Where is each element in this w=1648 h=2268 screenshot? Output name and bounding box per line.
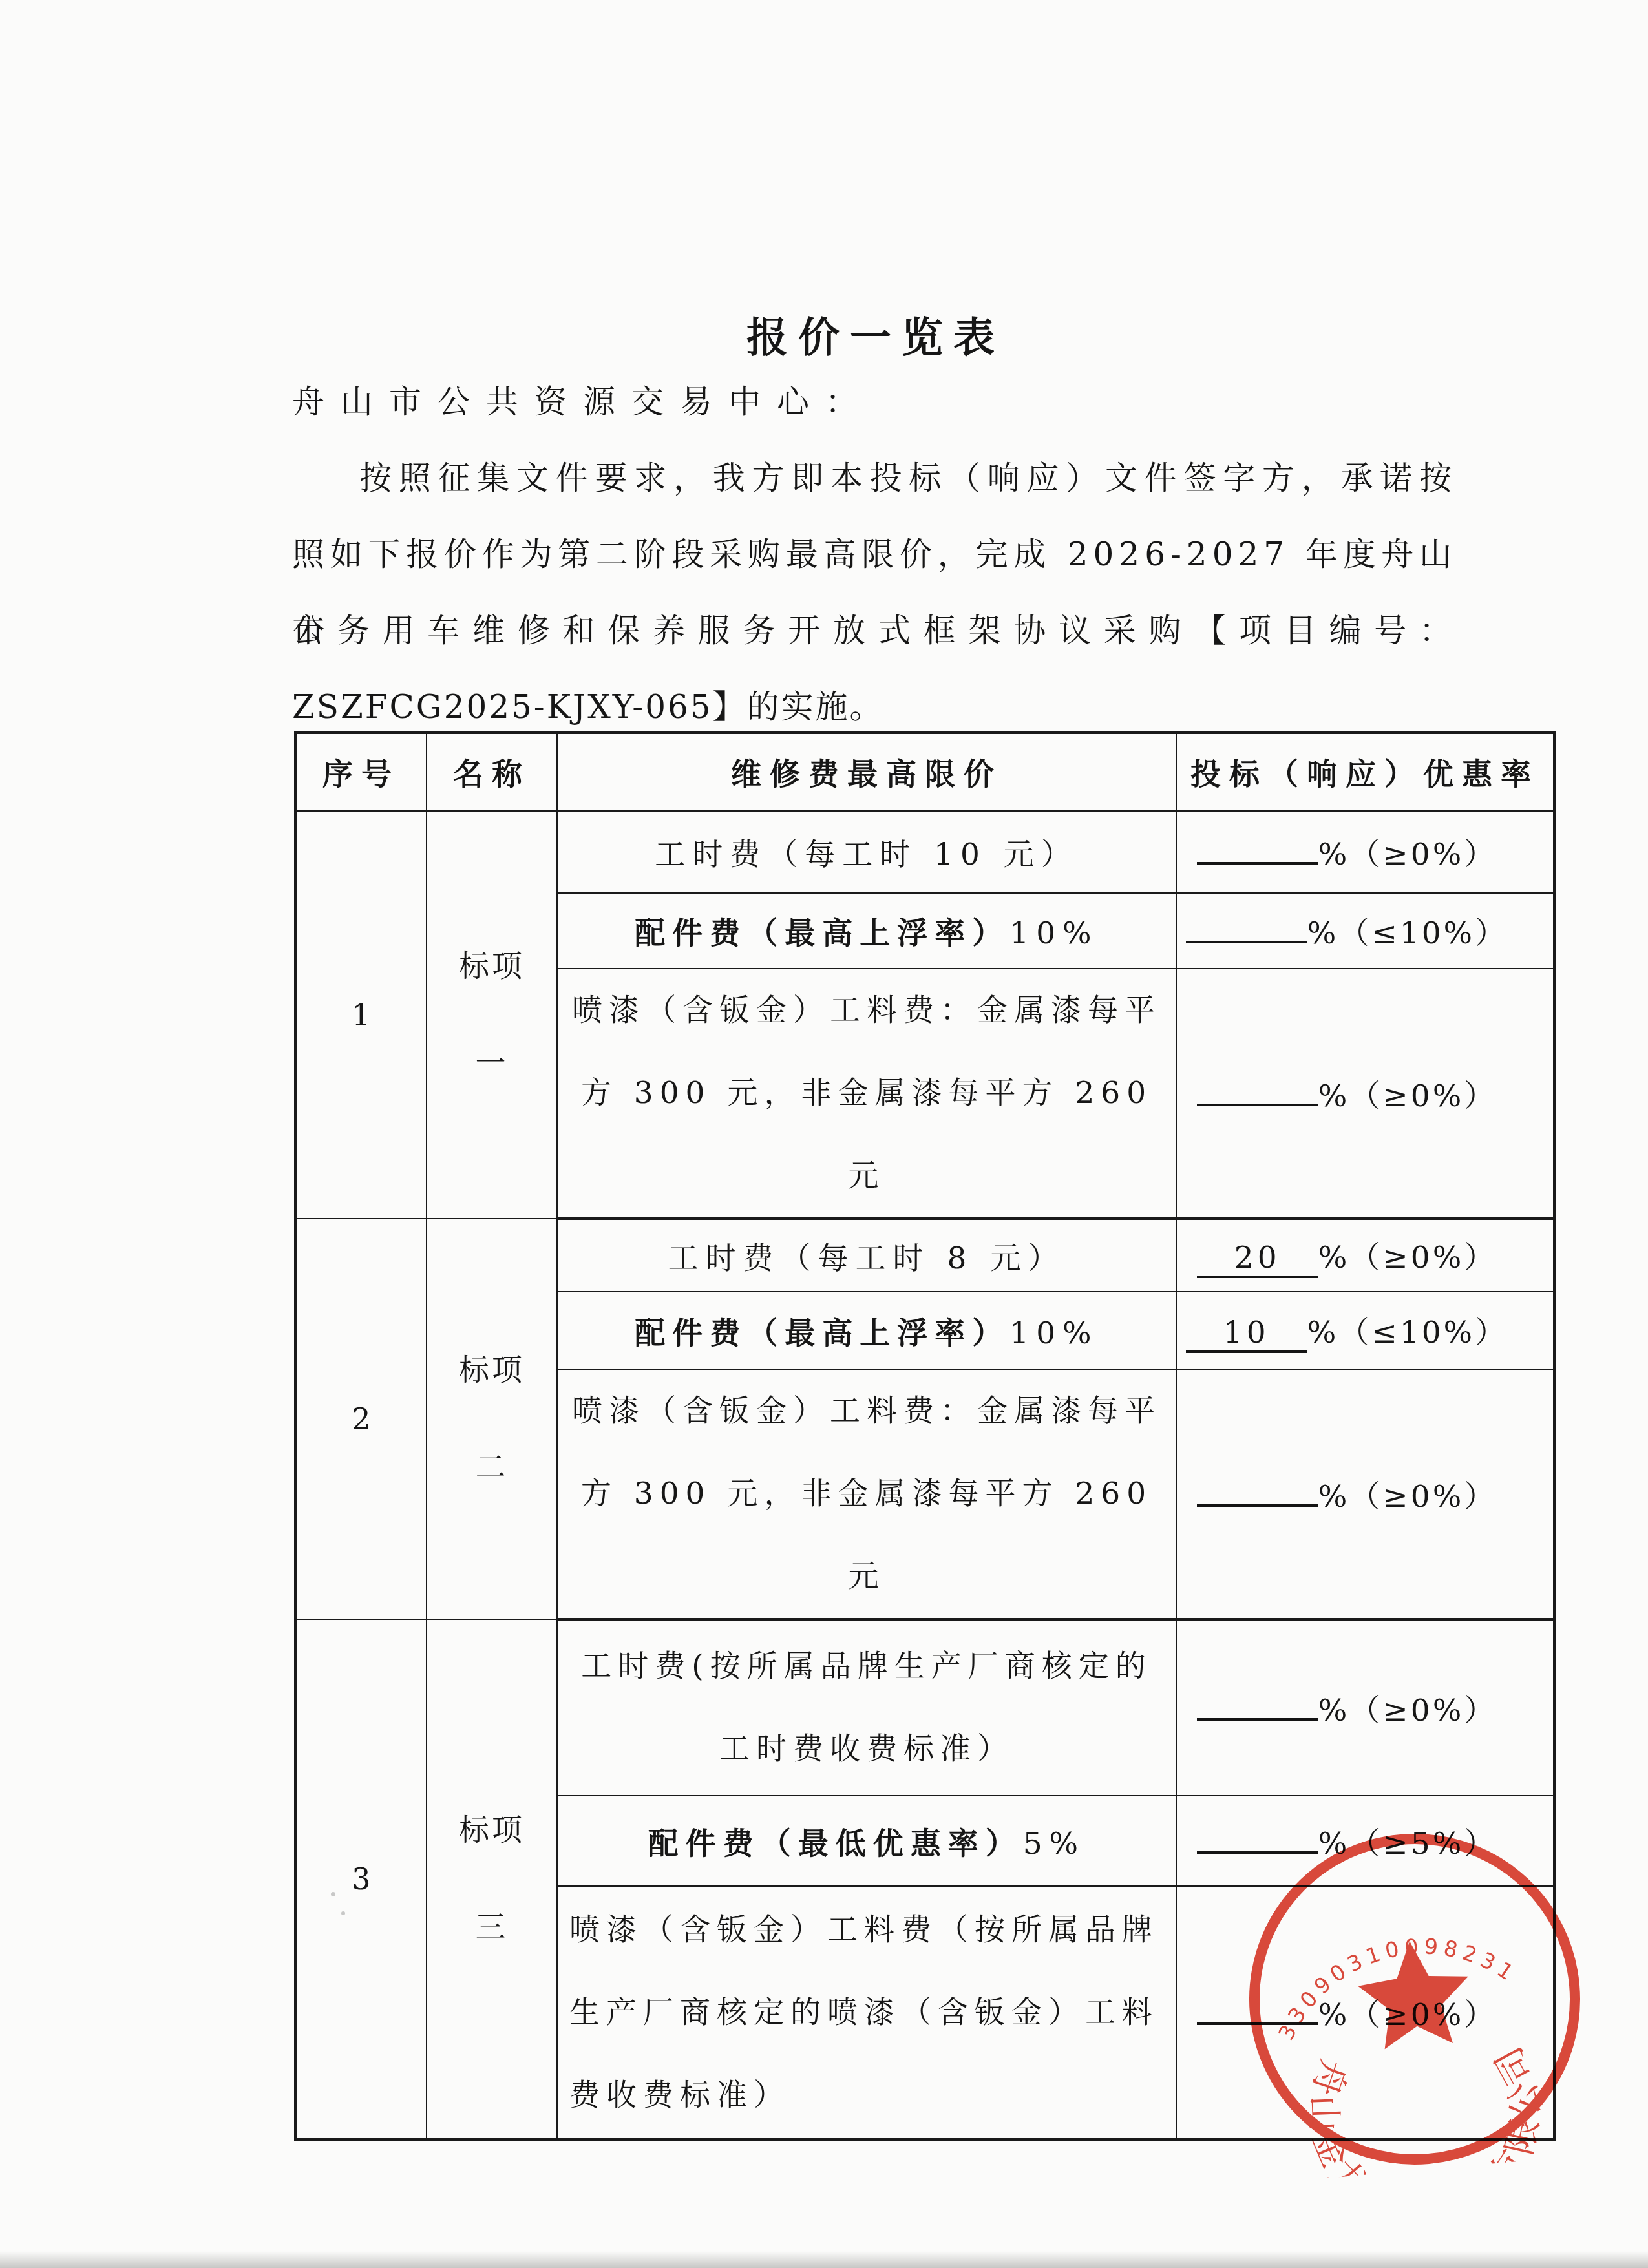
limit-text-bold: 配件费（最高上浮率）: [635, 1316, 1009, 1351]
limit-text-bold: 配件费（最低优惠率）: [648, 1826, 1023, 1862]
rate-cell: 10%（≤10%）: [1176, 1292, 1554, 1369]
rate-constraint: %（≥0%）: [1318, 1693, 1497, 1728]
rate-blank-line: [1197, 1718, 1318, 1721]
table-row: 1 标项 一 工时费（每工时 10 元） %（≥0%）: [295, 811, 1554, 893]
limit-text: 工时费（每工时 10 元）: [655, 837, 1079, 872]
limit-text: 喷漆（含钣金）工料费（按所属品牌 生产厂商核定的喷漆（含钣金）工料 费收费标准）: [557, 1886, 1176, 2139]
rate-filled-value: 10: [1186, 1315, 1307, 1353]
rate-blank-line: [1197, 1504, 1318, 1507]
rate-constraint: %（≥0%）: [1318, 1479, 1497, 1515]
serial-cell: 2: [295, 1219, 427, 1619]
intro-line: 公务用车维修和保养服务开放式框架协议采购【项目编号：: [292, 593, 1457, 669]
scanned-document-page: 报价一览表 舟山市公共资源交易中心： 按照征集文件要求，我方即本投标（响应）文件…: [0, 0, 1648, 2268]
rate-blank-line: [1197, 1104, 1318, 1106]
limit-text: 5%: [1023, 1826, 1086, 1862]
intro-line: 按照征集文件要求，我方即本投标（响应）文件签字方，承诺按: [292, 440, 1457, 516]
intro-line: 照如下报价作为第二阶段采购最高限价，完成 2026-2027 年度舟山市: [292, 516, 1457, 593]
limit-text: 10%: [1009, 916, 1098, 951]
rate-filled-value: 20: [1197, 1240, 1318, 1278]
scan-speck: [341, 1911, 345, 1915]
intro-paragraph: 舟山市公共资源交易中心： 按照征集文件要求，我方即本投标（响应）文件签字方，承诺…: [292, 364, 1457, 745]
table-row: 2 标项 二 工时费（每工时 8 元） 20%（≥0%）: [295, 1219, 1554, 1292]
company-seal: 舟山金龙汽车维修有限公司 33090310098231: [1230, 1814, 1600, 2184]
page-title: 报价一览表: [294, 302, 1457, 373]
limit-text: 喷漆（含钣金）工料费：金属漆每平 方 300 元，非金属漆每平方 260 元: [557, 1369, 1176, 1619]
rate-cell: %（≥0%）: [1176, 969, 1554, 1219]
limit-text: 工时费（每工时 8 元）: [668, 1241, 1066, 1276]
serial-cell: 3: [295, 1619, 427, 2139]
table-row: 3 标项 三 工时费(按所属品牌生产厂商核定的 工时费收费标准） %（≥0%）: [295, 1619, 1554, 1796]
rate-constraint: %（≥0%）: [1318, 1078, 1497, 1114]
rate-cell: %（≤10%）: [1176, 893, 1554, 969]
serial-cell: 1: [295, 811, 427, 1219]
table-header-row: 序号 名称 维修费最高限价 投标（响应）优惠率: [295, 733, 1554, 811]
header-serial: 序号: [295, 733, 427, 811]
scan-speck: [331, 1892, 335, 1896]
limit-text-bold: 配件费（最高上浮率）: [635, 916, 1009, 951]
rate-blank-line: [1197, 862, 1318, 865]
rate-constraint: %（≤10%）: [1307, 916, 1508, 951]
header-name: 名称: [427, 733, 557, 811]
header-limit: 维修费最高限价: [557, 733, 1176, 811]
bid-item-name: 标项 二: [427, 1219, 557, 1619]
rate-cell: %（≥0%）: [1176, 811, 1554, 893]
rate-constraint: %（≤10%）: [1307, 1315, 1508, 1350]
rate-cell: %（≥0%）: [1176, 1369, 1554, 1619]
rate-blank-line: [1186, 941, 1307, 943]
limit-text: 10%: [1009, 1316, 1098, 1351]
rate-cell: %（≥0%）: [1176, 1619, 1554, 1796]
rate-constraint: %（≥0%）: [1318, 837, 1497, 872]
bid-item-name: 标项 一: [427, 811, 557, 1219]
bid-item-name: 标项 三: [427, 1619, 557, 2139]
limit-text: 喷漆（含钣金）工料费：金属漆每平 方 300 元，非金属漆每平方 260 元: [557, 969, 1176, 1219]
limit-text: 工时费(按所属品牌生产厂商核定的 工时费收费标准）: [557, 1619, 1176, 1796]
rate-constraint: %（≥0%）: [1318, 1240, 1497, 1276]
scan-edge-shadow: [0, 2251, 1648, 2268]
rate-cell: 20%（≥0%）: [1176, 1219, 1554, 1292]
header-rate: 投标（响应）优惠率: [1176, 733, 1554, 811]
salutation-line: 舟山市公共资源交易中心：: [292, 364, 1457, 440]
